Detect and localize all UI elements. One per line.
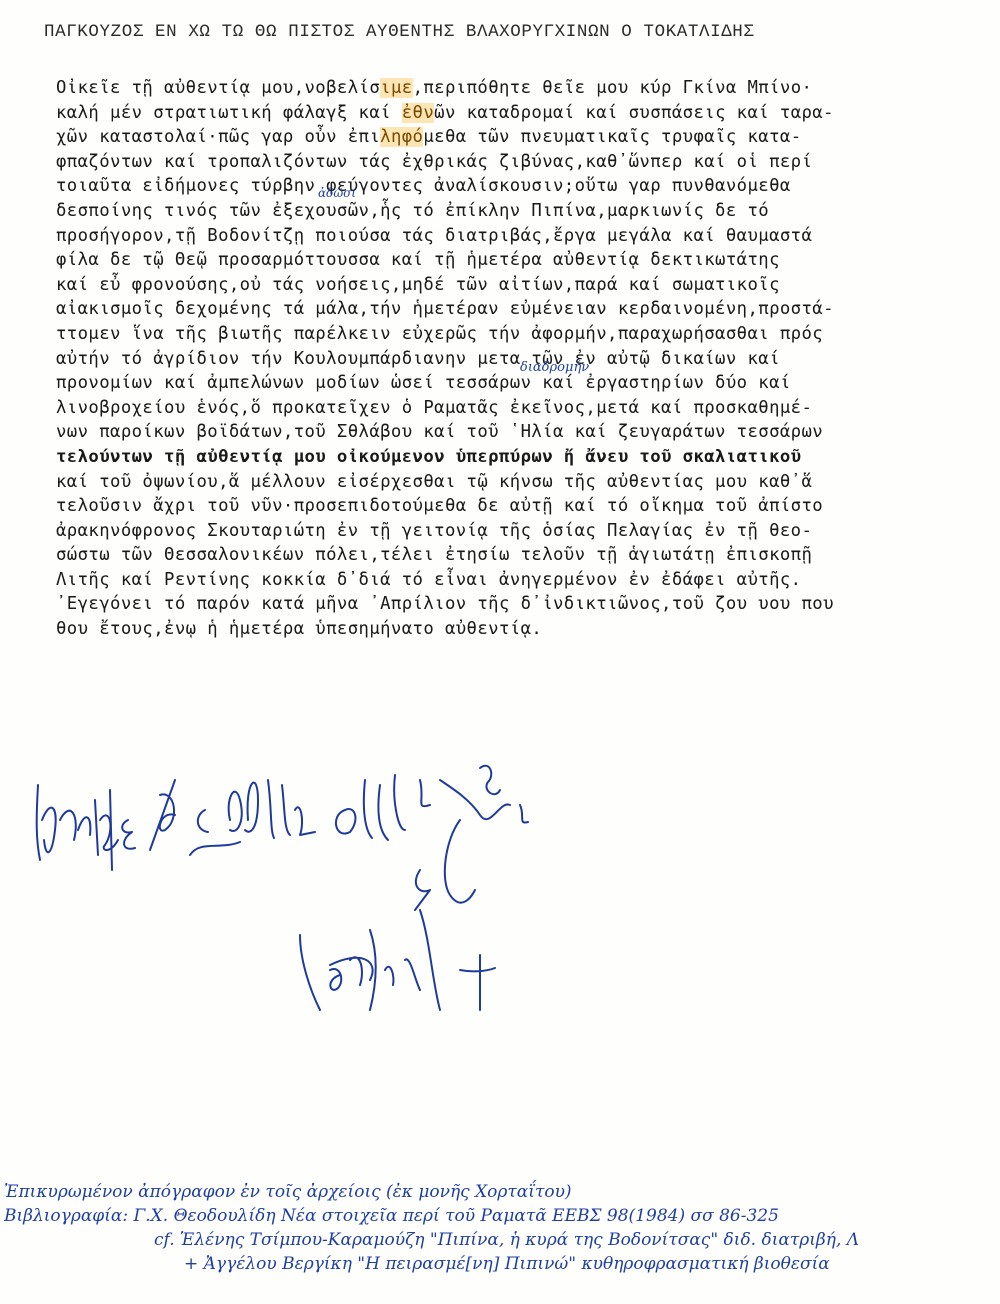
- body-line: ἀρακηνόφρονος Σκουταριώτη ἐν τῇ γειτονίᾳ…: [56, 519, 996, 544]
- highlighted-text: ἐθν: [402, 103, 434, 123]
- document-body: Οἰκεῖε τῇ αὐθεντίᾳ μου,νοβελίσιμε,περιπό…: [56, 76, 996, 642]
- handwritten-annotation: διαδρομήν: [520, 360, 589, 375]
- body-line: καλή μέν στρατιωτική φάλαγξ καί ἐθνῶν κα…: [56, 101, 996, 126]
- body-line: καί εὖ φρονούσης,οὐ τάς νοήσεις,μηδέ τῶν…: [56, 273, 996, 298]
- body-line: Οἰκεῖε τῇ αὐθεντίᾳ μου,νοβελίσιμε,περιπό…: [56, 76, 996, 101]
- body-line: προσήγορον,τῇ Βοδονίτζῃ ποιούσα τάς διατ…: [56, 224, 996, 249]
- body-line: Λιτῆς καί Ρεντίνης κοκκία δ᾽διά τό εἶναι…: [56, 568, 996, 593]
- body-line: θου ἔτους,ἐνῳ ἡ ἡμετέρα ὑπεσημήνατο αὐθε…: [56, 617, 996, 642]
- handwritten-signature: [0, 760, 1000, 1020]
- footnote-line: cf. Ἑλένης Τσίμπου-Καραμούζη "Πιπίνα, ἡ …: [4, 1228, 1000, 1252]
- body-line: δεσποίνης τινός τῶν ἐξεχουσῶν,ἧς τό ἐπίκ…: [56, 199, 996, 224]
- footnote-line: Βιβλιογραφία: Γ.Χ. Θεοδουλίδη Νέα στοιχε…: [4, 1204, 1000, 1228]
- body-line: φίλα δε τῷ Θεῷ προσαρμόττουσσα καί τῇ ἡμ…: [56, 248, 996, 273]
- highlighted-text: ιμε: [380, 78, 412, 98]
- body-line: τελούντων τῇ αὐθεντίᾳ μου οἰκούμενον ὑπε…: [56, 445, 996, 470]
- body-line: τοιαῦτα εἰδήμονες τύρβην φεύγοντες ἀναλί…: [56, 174, 996, 199]
- body-line: ττομεν ἵνα τῆς βιωτῆς παρέλκειν εὐχερῶς …: [56, 322, 996, 347]
- body-line: σώστω τῶν Θεσσαλονικέων πόλει,τέλει ἐτησ…: [56, 543, 996, 568]
- handwritten-footnote: Ἐπικυρωμένον ἀπόγραφον ἐν τοῖς ἀρχείοις …: [4, 1180, 1000, 1276]
- body-line: ᾽Εγεγόνει τό παρόν κατά μῆνα ᾽Απρίλιον τ…: [56, 592, 996, 617]
- highlighted-text: ληφό: [380, 127, 423, 147]
- body-line: καί τοῦ ὀψωνίου,ἅ μέλλουν εἰσέρχεσθαι τῷ…: [56, 470, 996, 495]
- document-page: ΠΑΓΚΟΥΖΟΣ ΕΝ ΧΩ ΤΩ ΘΩ ΠΙΣΤΟΣ ΑΥΘΕΝΤΗΣ ΒΛ…: [0, 0, 1000, 1304]
- footnote-line: + Ἀγγέλου Βεργίκη "Η πειρασμέ[νη] Πιπινώ…: [4, 1252, 1000, 1276]
- body-line: τελοῦσιν ἄχρι τοῦ νῦν·προσεπιδοτούμεθα δ…: [56, 494, 996, 519]
- body-line: φπαζόντων καί τροπαλιζόντων τάς ἐχθρικάς…: [56, 150, 996, 175]
- body-line: νων παροίκων βοϊδάτων,τοῦ Σθλάβου καί το…: [56, 420, 996, 445]
- document-header: ΠΑΓΚΟΥΖΟΣ ΕΝ ΧΩ ΤΩ ΘΩ ΠΙΣΤΟΣ ΑΥΘΕΝΤΗΣ ΒΛ…: [44, 22, 755, 42]
- handwritten-annotation: ἀδῶσι: [318, 186, 356, 200]
- body-line: αἰακισμοῖς δεχομένης τά μάλα,τήν ἡμετέρα…: [56, 297, 996, 322]
- body-line: χῶν καταστολαί·πῶς γαρ οὖν ἐπιληφόμεθα τ…: [56, 125, 996, 150]
- body-line: λινοβροχείου ἑνός,ὅ προκατεῖχεν ὁ Ραματᾶ…: [56, 396, 996, 421]
- footnote-line: Ἐπικυρωμένον ἀπόγραφον ἐν τοῖς ἀρχείοις …: [4, 1180, 1000, 1204]
